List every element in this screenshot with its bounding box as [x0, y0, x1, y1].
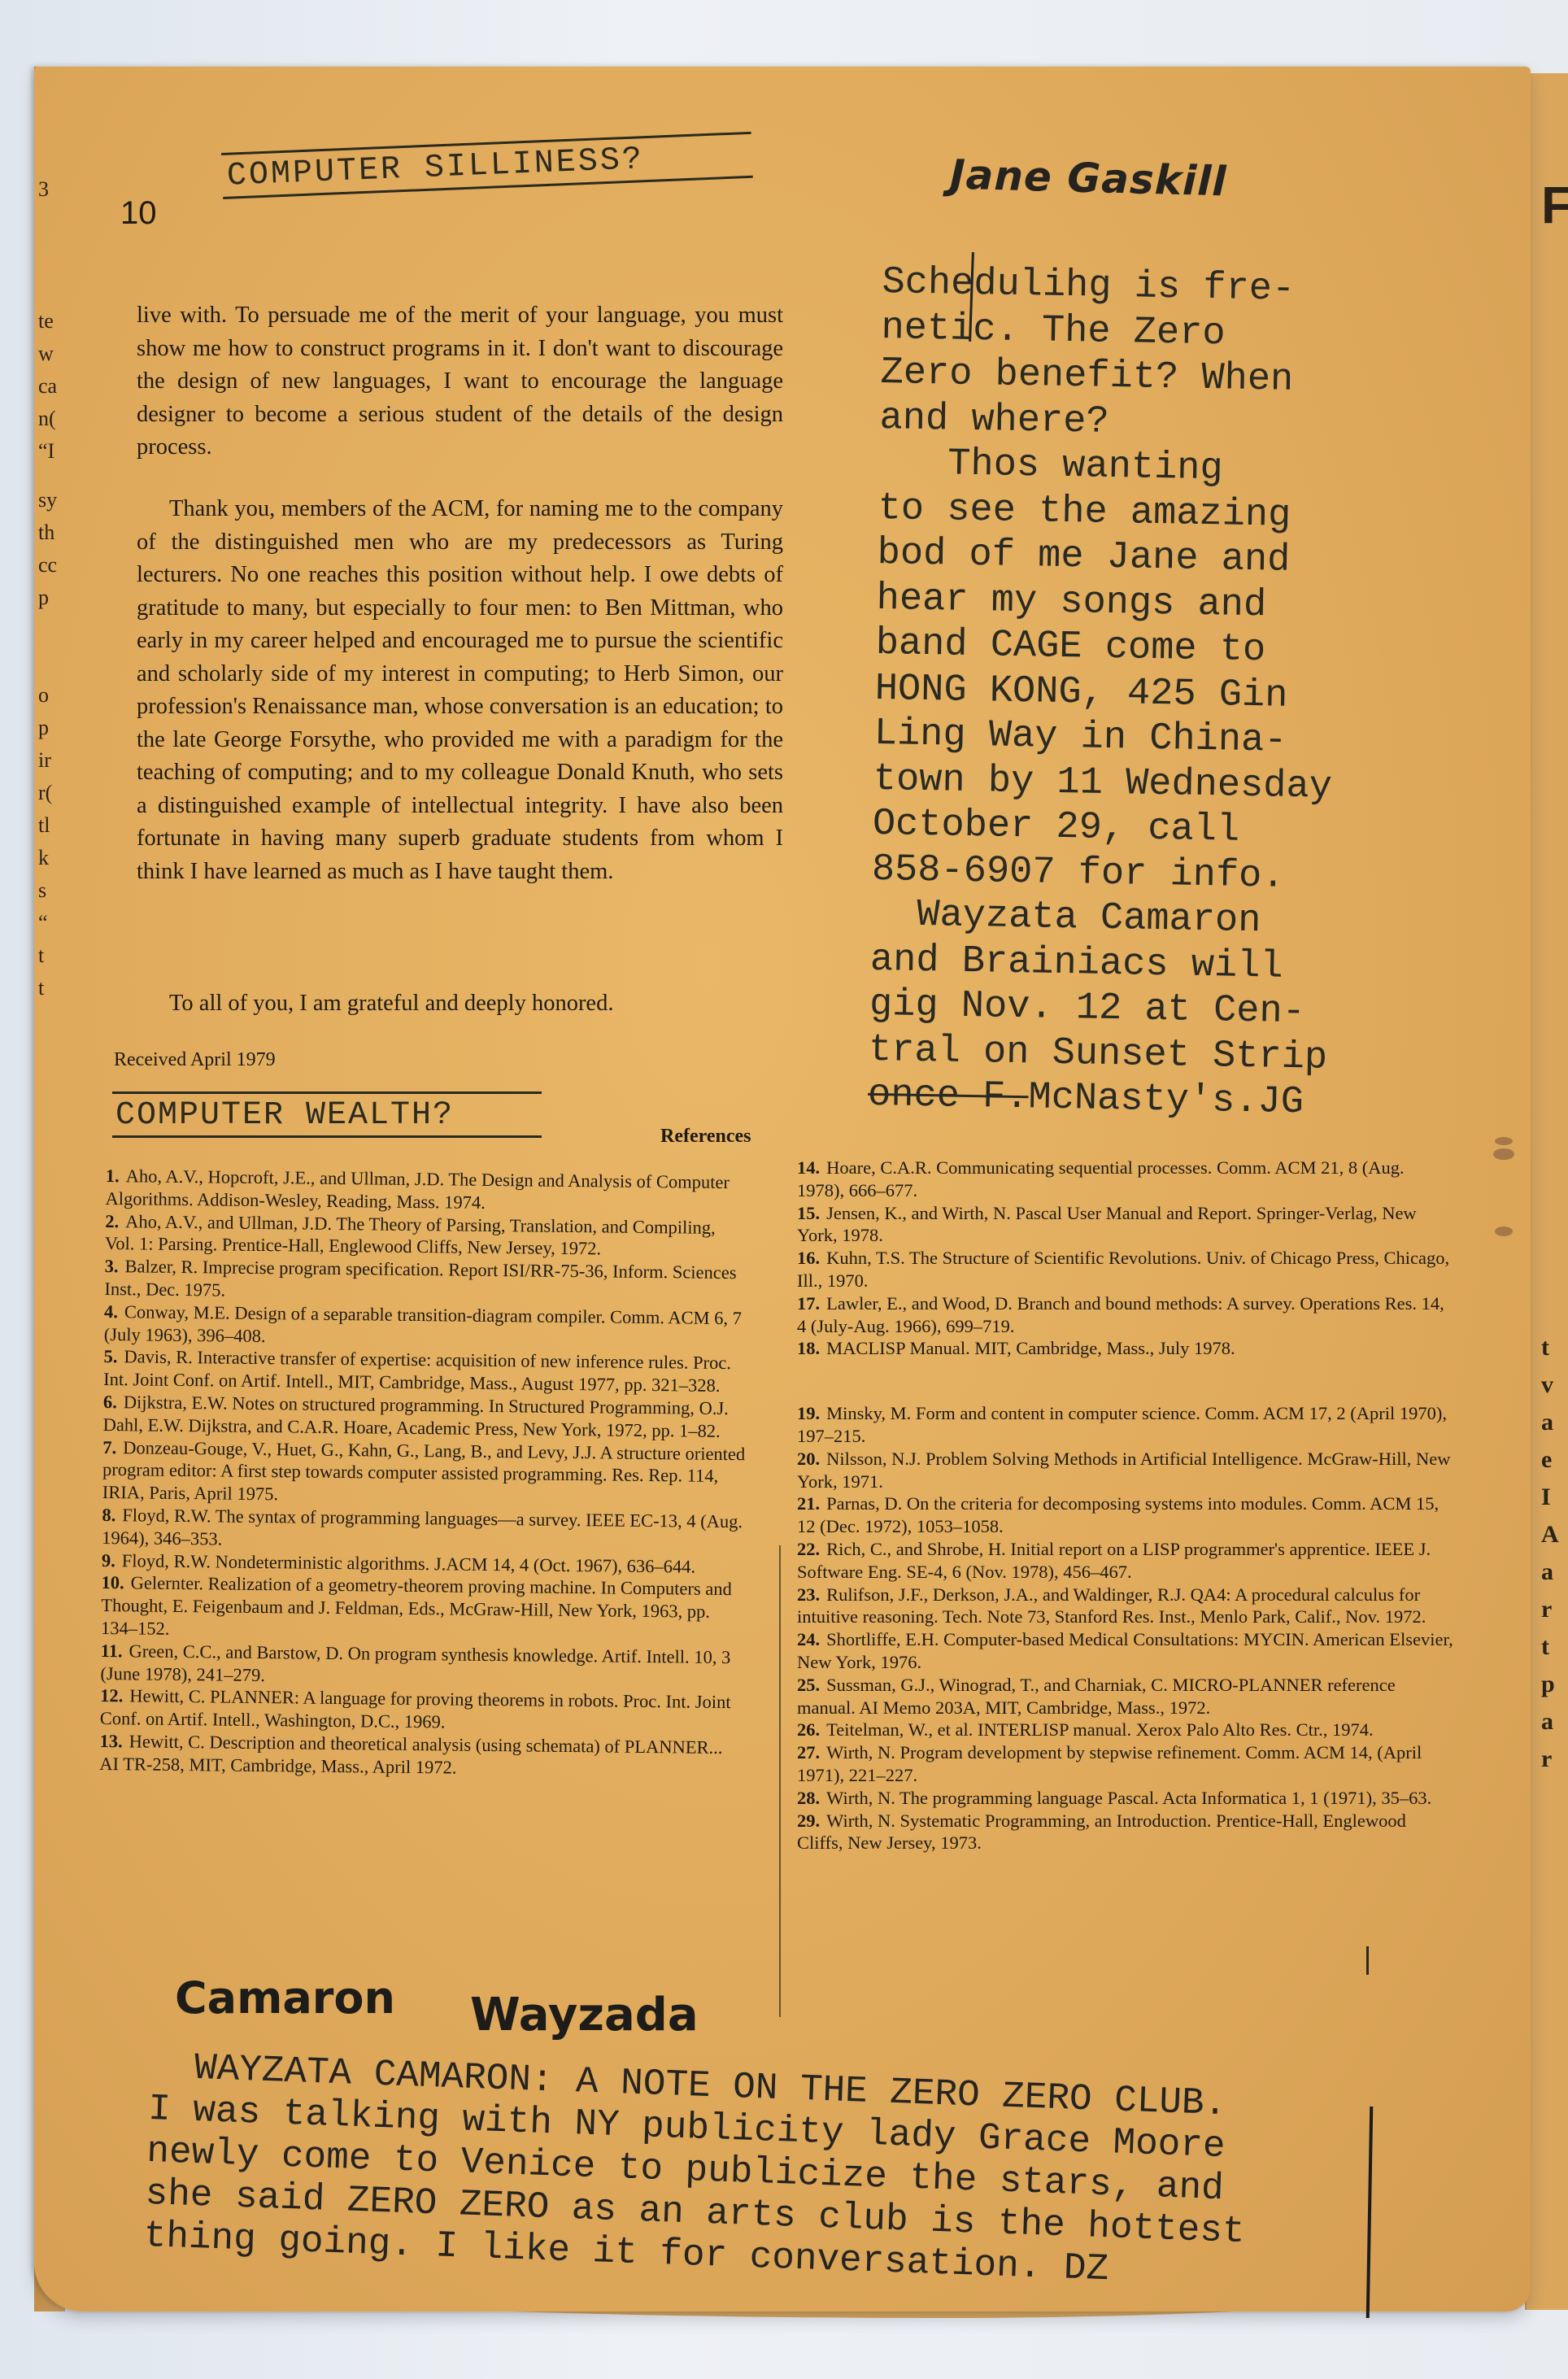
paragraph-text: live with. To persuade me of the merit o…: [137, 299, 783, 464]
article-paragraph-3: To all of you, I am grateful and deeply …: [137, 987, 783, 1021]
reference-item: 24.Shortliffe, E.H. Computer-based Medic…: [797, 1628, 1456, 1674]
reference-number: 29.: [797, 1810, 820, 1831]
margin-fragment: k: [38, 846, 49, 870]
margin-fragment: p: [1541, 1671, 1555, 1698]
margin-fragment: tl: [38, 813, 50, 838]
reference-item: 29.Wirth, N. Systematic Programming, an …: [797, 1810, 1456, 1855]
reference-item: 28.Wirth, N. The programming language Pa…: [797, 1787, 1456, 1810]
reference-number: 20.: [797, 1449, 820, 1469]
reference-number: 3.: [105, 1256, 119, 1276]
reference-item: 18.MACLISP Manual. MIT, Cambridge, Mass.…: [797, 1337, 1456, 1360]
reference-number: 2.: [105, 1211, 119, 1231]
reference-item: 8.Floyd, R.W. The syntax of programming …: [102, 1504, 745, 1556]
stain: [1495, 1137, 1513, 1145]
paragraph-text: Thank you, members of the ACM, for namin…: [137, 493, 783, 888]
reference-item: 15.Jensen, K., and Wirth, N. Pascal User…: [797, 1202, 1456, 1248]
reference-item: 21.Parnas, D. On the criteria for decomp…: [797, 1492, 1456, 1538]
reference-text: Lawler, E., and Wood, D. Branch and boun…: [797, 1293, 1444, 1336]
reference-item: 16.Kuhn, T.S. The Structure of Scientifi…: [797, 1247, 1456, 1292]
reference-number: 5.: [103, 1346, 117, 1366]
article-paragraph-1: live with. To persuade me of the merit o…: [137, 299, 783, 464]
stain: [1493, 1148, 1514, 1160]
header-computer-wealth: COMPUTER WEALTH?: [112, 1091, 542, 1138]
reference-number: 18.: [797, 1338, 820, 1358]
reference-item: 4.Conway, M.E. Design of a separable tra…: [104, 1301, 747, 1353]
reference-item: 3.Balzer, R. Imprecise program specifica…: [104, 1255, 747, 1307]
typed-signoff: McNasty's.JG: [1028, 1076, 1304, 1124]
references-right: 14.Hoare, C.A.R. Communicating sequentia…: [797, 1157, 1456, 1854]
margin-fragment: t: [1541, 1633, 1549, 1661]
reference-item: 22.Rich, C., and Shrobe, H. Initial repo…: [797, 1538, 1456, 1584]
reference-number: 23.: [797, 1584, 820, 1605]
margin-fragment: sy: [38, 488, 57, 512]
reference-item: 17.Lawler, E., and Wood, D. Branch and b…: [797, 1292, 1456, 1338]
margin-fragment: w: [38, 342, 54, 366]
page-number: 10: [120, 195, 157, 232]
reference-text: Sussman, G.J., Winograd, T., and Charnia…: [797, 1675, 1396, 1718]
reference-number: 8.: [102, 1505, 115, 1525]
reference-item: 6.Dijkstra, E.W. Notes on structured pro…: [103, 1391, 747, 1443]
paragraph-text: To all of you, I am grateful and deeply …: [137, 987, 783, 1021]
reference-item: 5.Davis, R. Interactive transfer of expe…: [103, 1345, 747, 1397]
reference-text: Nilsson, N.J. Problem Solving Methods in…: [797, 1449, 1451, 1492]
margin-fragment: s: [38, 878, 46, 903]
reference-text: Teitelman, W., et al. INTERLISP manual. …: [826, 1719, 1374, 1740]
reference-item: 7.Donzeau-Gouge, V., Huet, G., Kahn, G.,…: [102, 1436, 746, 1511]
margin-fragment: cc: [38, 553, 57, 577]
next-page-edge: [1525, 73, 1568, 2310]
references-left: 1.Aho, A.V., Hopcroft, J.E., and Ullman,…: [99, 1165, 748, 1782]
reference-number: 16.: [797, 1248, 820, 1268]
reference-text: Gelernter. Realization of a geometry-the…: [101, 1573, 732, 1639]
margin-fragment: a: [1541, 1409, 1553, 1436]
reference-number: 24.: [797, 1629, 820, 1649]
margin-fragment: r(: [38, 781, 52, 805]
reference-number: 15.: [797, 1203, 820, 1223]
reference-number: 7.: [102, 1437, 116, 1457]
reference-text: Balzer, R. Imprecise program specificati…: [104, 1256, 736, 1300]
reference-text: Minsky, M. Form and content in computer …: [797, 1403, 1447, 1446]
margin-fragment: “I: [38, 439, 54, 464]
reference-item: 13.Hewitt, C. Description and theoretica…: [99, 1730, 743, 1782]
reference-number: 12.: [100, 1685, 123, 1706]
margin-fragment: “: [38, 911, 48, 935]
column-pen-line: [779, 1545, 781, 2017]
reference-number: 9.: [102, 1550, 115, 1571]
reference-text: Hewitt, C. PLANNER: A language for provi…: [100, 1686, 731, 1732]
reference-item: 12.Hewitt, C. PLANNER: A language for pr…: [100, 1684, 743, 1736]
margin-fragment: th: [38, 521, 54, 545]
pen-mark: [1366, 1946, 1369, 1975]
margin-fragment: p: [38, 716, 49, 740]
reference-text: Conway, M.E. Design of a separable trans…: [104, 1301, 742, 1346]
margin-fragment: v: [1541, 1371, 1553, 1399]
reference-number: 6.: [103, 1392, 117, 1412]
reference-text: Floyd, R.W. The syntax of programming la…: [102, 1505, 743, 1549]
reference-item: 1.Aho, A.V., Hopcroft, J.E., and Ullman,…: [105, 1165, 748, 1217]
reference-text: Aho, A.V., Hopcroft, J.E., and Ullman, J…: [105, 1166, 730, 1212]
reference-text: Shortliffe, E.H. Computer-based Medical …: [797, 1629, 1453, 1672]
reference-item: 10.Gelernter. Realization of a geometry-…: [101, 1571, 744, 1646]
margin-fragment: A: [1541, 1521, 1559, 1549]
reference-text: Rich, C., and Shrobe, H. Initial report …: [797, 1539, 1431, 1582]
margin-fragment: t: [38, 943, 44, 968]
reference-number: 28.: [797, 1788, 820, 1808]
reference-number: 10.: [101, 1572, 124, 1593]
margin-fragment: I: [1541, 1484, 1551, 1511]
margin-fragment: o: [38, 683, 49, 708]
typed-column: Schedulihg is fre-netic. The ZeroZero be…: [868, 260, 1468, 1128]
article-paragraph-2: Thank you, members of the ACM, for namin…: [137, 493, 783, 888]
margin-fragment: te: [38, 309, 54, 333]
stamp-camaron: Camaron: [175, 1972, 395, 2024]
reference-text: Kuhn, T.S. The Structure of Scientific R…: [797, 1248, 1449, 1291]
reference-item: 11.Green, C.C., and Barstow, D. On progr…: [100, 1640, 743, 1692]
reference-text: Wirth, N. The programming language Pasca…: [826, 1788, 1431, 1808]
reference-item: 2.Aho, A.V., and Ullman, J.D. The Theory…: [105, 1210, 748, 1262]
reference-number: 13.: [99, 1731, 122, 1751]
reference-item: 20.Nilsson, N.J. Problem Solving Methods…: [797, 1448, 1456, 1493]
reference-text: Wirth, N. Program development by stepwis…: [797, 1742, 1422, 1785]
stain: [1495, 1227, 1513, 1236]
reference-text: Dijkstra, E.W. Notes on structured progr…: [103, 1392, 729, 1440]
reference-number: 22.: [797, 1539, 820, 1559]
margin-fragment: p: [38, 586, 49, 610]
stamp-wayzada: Wayzada: [470, 1989, 699, 2041]
reference-text: Jensen, K., and Wirth, N. Pascal User Ma…: [797, 1203, 1417, 1246]
margin-fragment: n(: [38, 407, 56, 431]
struck-text: once F.: [868, 1074, 1029, 1119]
margin-fragment: ca: [38, 374, 57, 399]
reference-number: 26.: [797, 1719, 820, 1740]
reference-number: 1.: [106, 1166, 120, 1186]
reference-number: 17.: [797, 1293, 820, 1314]
reference-number: 11.: [101, 1640, 123, 1661]
reference-item: 23.Rulifson, J.F., Derkson, J.A., and Wa…: [797, 1584, 1456, 1629]
reference-number: 21.: [797, 1493, 820, 1514]
reference-number: 27.: [797, 1742, 820, 1762]
reference-text: Donzeau-Gouge, V., Huet, G., Kahn, G., L…: [102, 1437, 746, 1505]
reference-text: MACLISP Manual. MIT, Cambridge, Mass., J…: [826, 1338, 1235, 1358]
reference-text: Hoare, C.A.R. Communicating sequential p…: [797, 1157, 1405, 1200]
reference-number: 19.: [797, 1403, 820, 1423]
reference-item: 25.Sussman, G.J., Winograd, T., and Char…: [797, 1674, 1456, 1719]
margin-fragment: t: [38, 976, 44, 1000]
margin-fragment: r: [1541, 1745, 1552, 1773]
margin-fragment: F: [1541, 175, 1568, 235]
reference-text: Davis, R. Interactive transfer of expert…: [103, 1347, 731, 1396]
reference-number: 4.: [104, 1301, 118, 1322]
author-name: Jane Gaskill: [949, 151, 1227, 206]
reference-item: 19.Minsky, M. Form and content in comput…: [797, 1402, 1456, 1448]
margin-fragment: 3: [38, 177, 49, 202]
reference-text: Hewitt, C. Description and theoretical a…: [99, 1731, 722, 1777]
margin-fragment: t: [1541, 1334, 1549, 1362]
margin-fragment: a: [1541, 1558, 1553, 1586]
reference-item: 26.Teitelman, W., et al. INTERLISP manua…: [797, 1719, 1456, 1741]
reference-text: Wirth, N. Systematic Programming, an Int…: [797, 1810, 1406, 1854]
reference-number: 25.: [797, 1675, 820, 1695]
reference-text: Green, C.C., and Barstow, D. On program …: [100, 1640, 730, 1685]
margin-fragment: e: [1541, 1446, 1552, 1474]
reference-text: Aho, A.V., and Ullman, J.D. The Theory o…: [105, 1211, 716, 1259]
margin-fragment: ir: [38, 748, 51, 773]
reference-text: Parnas, D. On the criteria for decomposi…: [797, 1493, 1439, 1536]
reference-item: 27.Wirth, N. Program development by step…: [797, 1741, 1456, 1787]
margin-fragment: r: [1541, 1596, 1552, 1623]
reference-number: 14.: [797, 1157, 820, 1178]
reference-item: 14.Hoare, C.A.R. Communicating sequentia…: [797, 1157, 1456, 1202]
reference-text: Rulifson, J.F., Derkson, J.A., and Waldi…: [797, 1584, 1426, 1627]
margin-fragment: a: [1541, 1708, 1553, 1736]
received-date: Received April 1979: [114, 1049, 276, 1071]
references-heading: References: [660, 1126, 751, 1148]
